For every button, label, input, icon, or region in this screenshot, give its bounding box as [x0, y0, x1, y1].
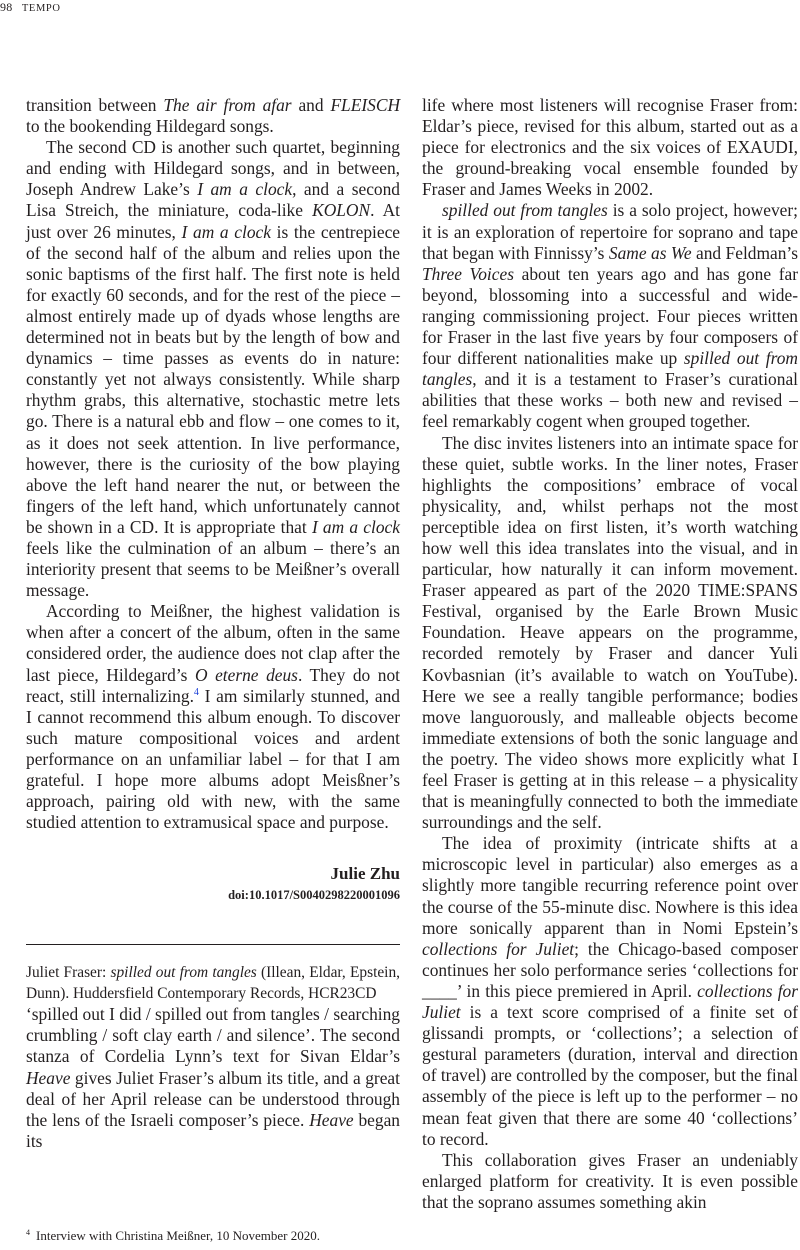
text-run: and [292, 95, 331, 115]
work-title: collections for Juliet [422, 939, 574, 959]
work-title: I am a clock [197, 179, 292, 199]
work-title: FLEISCH [330, 95, 400, 115]
text-run: is the centrepiece of the second half of… [26, 222, 400, 537]
page-number: 98 [0, 0, 13, 14]
paragraph: The idea of proximity (intricate shifts … [422, 833, 798, 1149]
text-run: to the bookending Hildegard songs. [26, 116, 274, 136]
text-run: , and it is a testament to Fraser’s cura… [422, 369, 798, 431]
album-title: spilled out from tangles [111, 964, 257, 981]
work-title: The air from afar [163, 95, 291, 115]
text-run: is a text score comprised of a finite se… [422, 1002, 798, 1149]
paragraph: The second CD is another such quartet, b… [26, 137, 400, 601]
work-title: I am a clock [312, 517, 400, 537]
paragraph: transition between The air from afar and… [26, 95, 400, 137]
right-column: life where most listeners will recognise… [422, 95, 798, 1213]
running-head: 98 TEMPO [0, 0, 61, 16]
work-title: I am a clock [182, 222, 271, 242]
text-run: The idea of proximity (intricate shifts … [422, 833, 798, 937]
paragraph: spilled out from tangles is a solo proje… [422, 200, 798, 432]
work-title: Same as We [609, 243, 692, 263]
author-signature: Julie Zhu [26, 863, 400, 884]
work-title: Heave [26, 1068, 70, 1088]
work-title: KOLON [312, 200, 370, 220]
paragraph: The disc invites listeners into an intim… [422, 433, 798, 834]
footnote-number: 4 [26, 1228, 30, 1237]
doi-link[interactable]: doi:10.1017/S0040298220001096 [26, 886, 400, 904]
left-column: transition between The air from afar and… [26, 95, 400, 1152]
section-divider [26, 944, 400, 945]
journal-title: TEMPO [22, 3, 61, 14]
work-title: Heave [309, 1110, 353, 1130]
text-run: I am similarly stunned, and I cannot rec… [26, 686, 400, 833]
text-run: ‘spilled out I did / spilled out from ta… [26, 1004, 400, 1066]
paragraph: This collaboration gives Fraser an unden… [422, 1150, 798, 1213]
text-run: transition between [26, 95, 163, 115]
paragraph: ‘spilled out I did / spilled out from ta… [26, 1004, 400, 1152]
text-run: and Feldman’s [692, 243, 798, 263]
text-run: feels like the culmination of an album –… [26, 538, 400, 600]
work-title: Three Voices [422, 264, 514, 284]
work-title: O eterne deus [195, 665, 298, 685]
footnote-text: Interview with Christina Meißner, 10 Nov… [36, 1228, 320, 1243]
text-run: Juliet Fraser: [26, 964, 111, 981]
footnote: 4Interview with Christina Meißner, 10 No… [26, 1228, 320, 1244]
review-heading: Juliet Fraser: spilled out from tangles … [26, 962, 400, 1004]
album-title: spilled out from tangles [442, 200, 608, 220]
paragraph: According to Meißner, the highest valida… [26, 601, 400, 833]
paragraph: life where most listeners will recognise… [422, 95, 798, 200]
